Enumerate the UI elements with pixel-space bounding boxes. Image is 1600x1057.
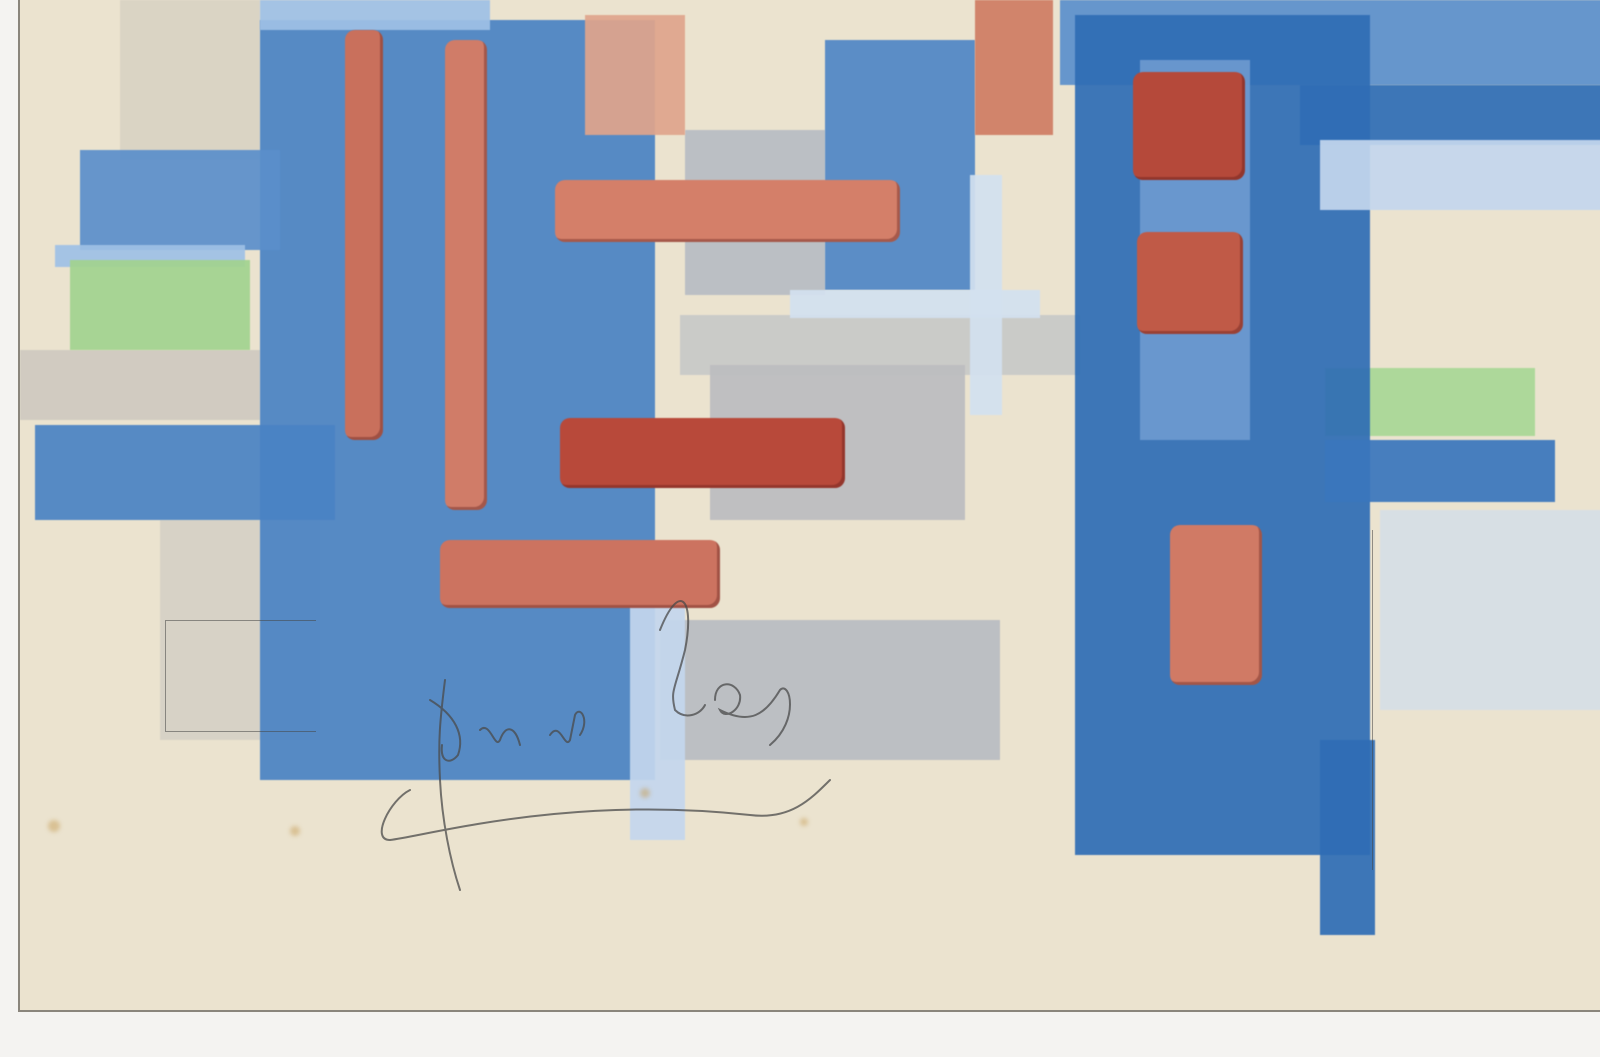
blue-light-horizontal-center — [790, 290, 1040, 318]
artwork-image — [0, 0, 1600, 1057]
blue-light-top-streak — [260, 0, 490, 30]
horizontal-red-bar-middle — [560, 418, 845, 488]
vertical-red-bar-2 — [445, 40, 487, 510]
pink-rect-top-right — [975, 0, 1053, 135]
blue-right-horizontal-bottom — [1325, 440, 1555, 502]
pencil-signature — [370, 540, 1030, 900]
pencil-box-left — [165, 620, 316, 732]
blue-light-right-lower-panel — [1380, 510, 1600, 710]
red-square-lower — [1137, 232, 1243, 334]
blue-horizontal-upper — [80, 150, 280, 250]
horizontal-red-bar-top — [555, 180, 900, 242]
grey-wash-top-left — [120, 0, 260, 160]
blue-column-drip — [1320, 740, 1375, 935]
green-strip-left — [70, 260, 250, 350]
blue-right-horizontal-top — [1300, 85, 1600, 145]
foxing-stain — [48, 820, 60, 832]
blue-horizontal-lower — [35, 425, 335, 520]
blue-square-center — [825, 40, 975, 290]
red-square-upper — [1133, 72, 1245, 180]
pink-square-top — [585, 15, 685, 135]
pencil-line-right — [1372, 530, 1373, 870]
grey-wash-left-band — [20, 350, 260, 420]
red-block-bottom — [1170, 525, 1262, 685]
vertical-red-bar-1 — [345, 30, 383, 440]
blue-light-right-panel — [1320, 140, 1600, 210]
foxing-stain — [290, 826, 300, 836]
